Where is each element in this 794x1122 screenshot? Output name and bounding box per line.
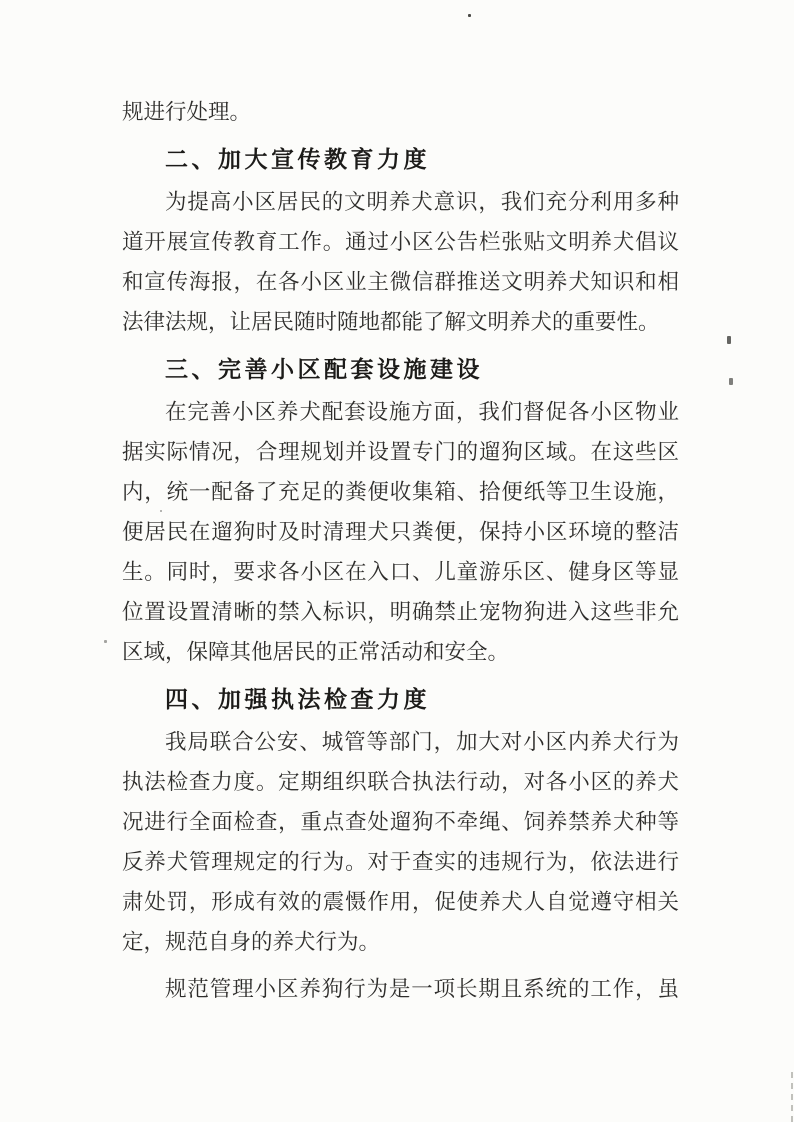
text-line: 执法检查力度。定期组织联合执法行动，对各小区的养犬情 bbox=[122, 762, 679, 802]
section-heading: 三、完善小区配套设施建设 bbox=[122, 349, 679, 389]
scanned-document-page: 规进行处理。 二、加大宣传教育力度 为提高小区居民的文明养犬意识，我们充分利用多… bbox=[0, 0, 794, 1122]
text-line: 便居民在遛狗时及时清理犬只粪便，保持小区环境的整洁卫 bbox=[122, 512, 679, 552]
text-line: 规进行处理。 bbox=[122, 92, 679, 132]
text-line: 定，规范自身的养犬行为。 bbox=[122, 922, 679, 962]
section-heading: 四、加强执法检查力度 bbox=[122, 679, 679, 719]
text-line: 内，统一配备了充足的粪便收集箱、拾便纸等卫生设施，方 bbox=[122, 472, 679, 512]
section-heading: 二、加大宣传教育力度 bbox=[122, 139, 679, 179]
scan-speck bbox=[468, 14, 471, 17]
scan-speck bbox=[104, 640, 107, 643]
text-line: 为提高小区居民的文明养犬意识，我们充分利用多种渠 bbox=[122, 182, 679, 222]
scan-speck bbox=[729, 378, 733, 385]
text-line: 生。同时，要求各小区在入口、儿童游乐区、健身区等显眼 bbox=[122, 552, 679, 592]
scan-speck bbox=[160, 510, 162, 512]
text-line: 反养犬管理规定的行为。对于查实的违规行为，依法进行严 bbox=[122, 842, 679, 882]
text-line: 据实际情况，合理规划并设置专门的遛狗区域。在这些区域 bbox=[122, 432, 679, 472]
text-line: 位置设置清晰的禁入标识，明确禁止宠物狗进入这些非允许 bbox=[122, 592, 679, 632]
document-body: 规进行处理。 二、加大宣传教育力度 为提高小区居民的文明养犬意识，我们充分利用多… bbox=[122, 92, 679, 1009]
scan-edge-artifact bbox=[791, 1072, 793, 1122]
text-line: 肃处罚，形成有效的震慑作用，促使养犬人自觉遵守相关规 bbox=[122, 882, 679, 922]
text-line: 在完善小区养犬配套设施方面，我们督促各小区物业根 bbox=[122, 392, 679, 432]
scan-speck bbox=[727, 336, 731, 344]
text-line: 况进行全面检查，重点查处遛狗不牵绳、饲养禁养犬种等违 bbox=[122, 802, 679, 842]
text-line: 区域，保障其他居民的正常活动和安全。 bbox=[122, 632, 679, 672]
text-line: 和宣传海报，在各小区业主微信群推送文明养犬知识和相关 bbox=[122, 262, 679, 302]
text-line: 我局联合公安、城管等部门，加大对小区内养犬行为的 bbox=[122, 722, 679, 762]
text-line: 道开展宣传教育工作。通过小区公告栏张贴文明养犬倡议书 bbox=[122, 222, 679, 262]
text-line: 规范管理小区养狗行为是一项长期且系统的工作，虽然 bbox=[122, 969, 679, 1009]
text-line: 法律法规，让居民随时随地都能了解文明养犬的重要性。 bbox=[122, 302, 679, 342]
